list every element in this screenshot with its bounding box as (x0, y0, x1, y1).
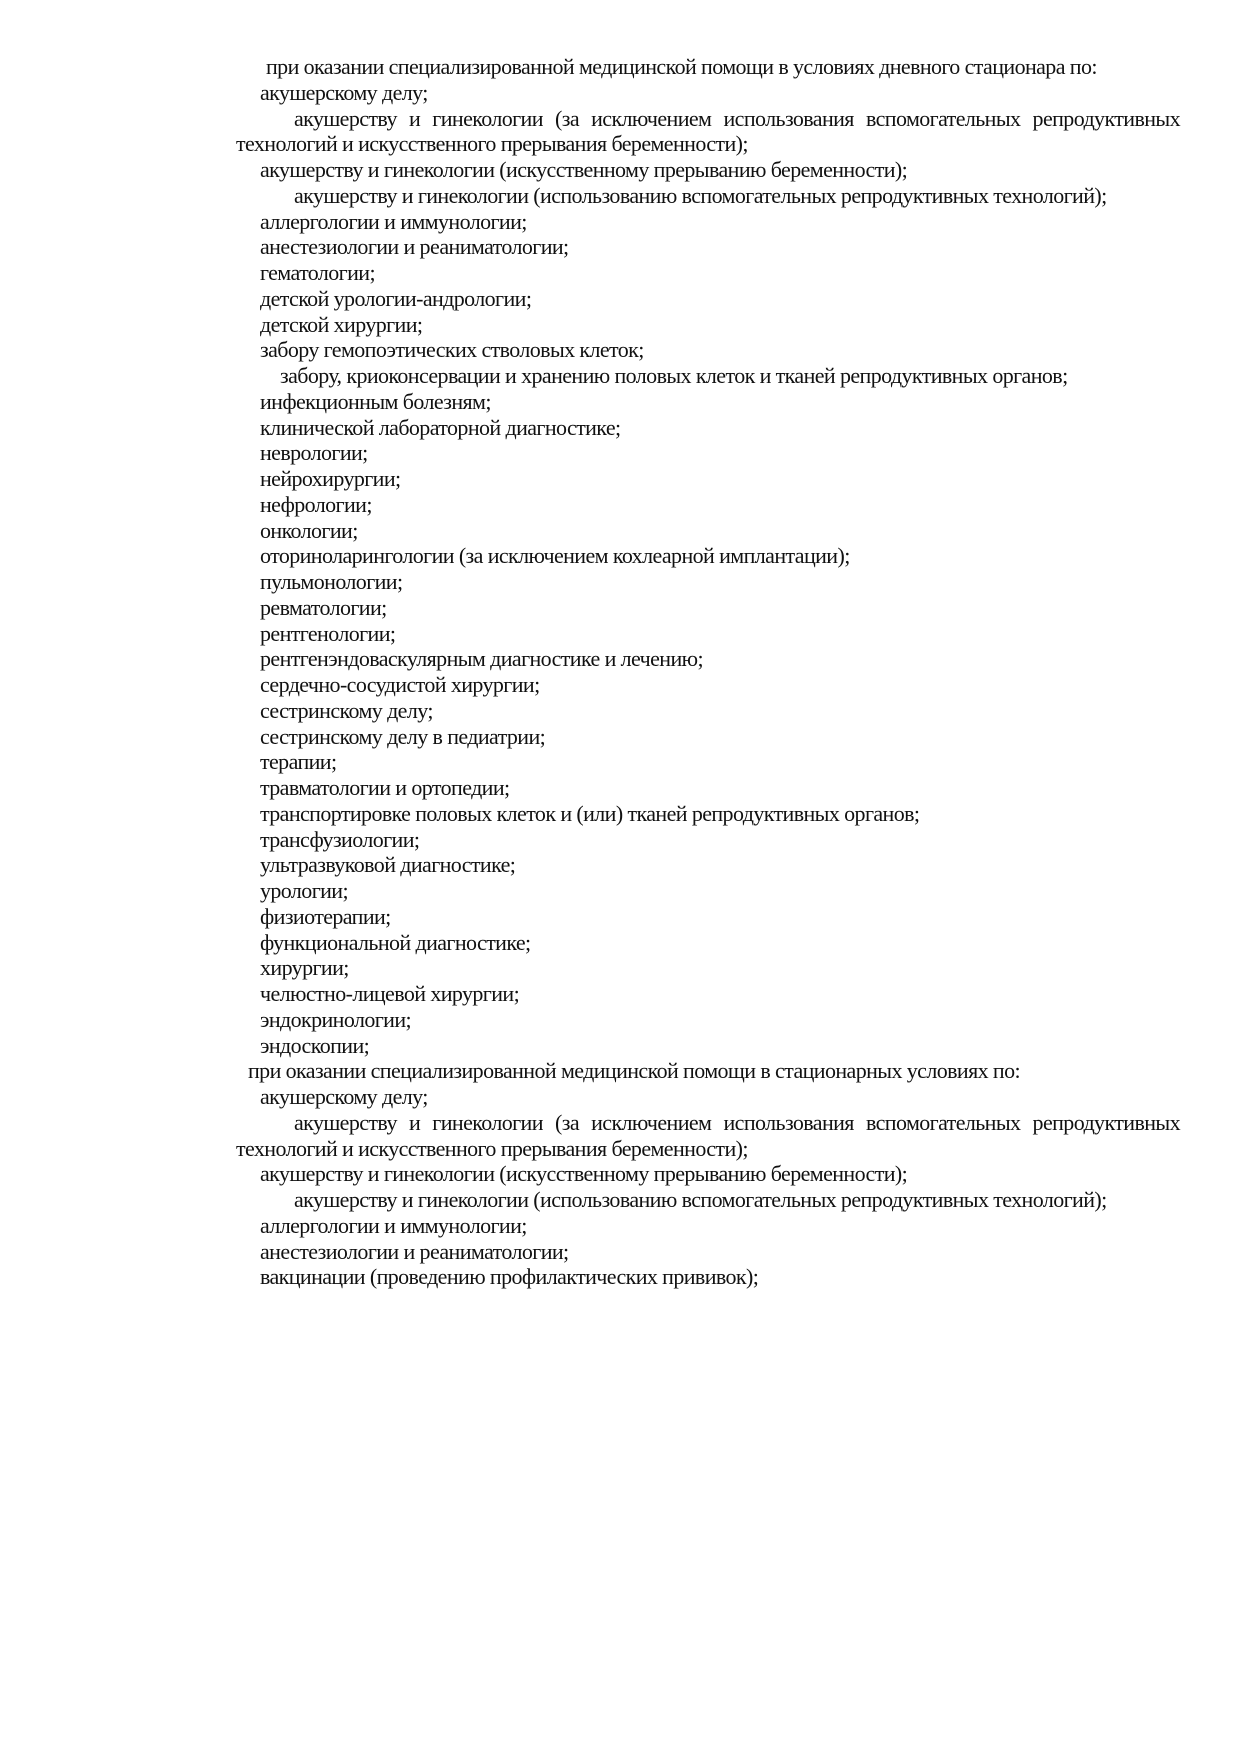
list-item: ультразвуковой диагностике; (236, 852, 1180, 878)
list-item: акушерскому делу; (236, 80, 1180, 106)
list-item: сестринскому делу; (236, 698, 1180, 724)
list-item: сестринскому делу в педиатрии; (236, 724, 1180, 750)
list-item: акушерству и гинекологии (использованию … (236, 183, 1180, 209)
list-item: оториноларингологии (за исключением кохл… (236, 543, 1180, 569)
list-item: клинической лабораторной диагностике; (236, 415, 1180, 441)
list-item: травматологии и ортопедии; (236, 775, 1180, 801)
list-item: ревматологии; (236, 595, 1180, 621)
list-item: челюстно-лицевой хирургии; (236, 981, 1180, 1007)
list-item: терапии; (236, 749, 1180, 775)
list-item: трансфузиологии; (236, 827, 1180, 853)
list-item: акушерству и гинекологии (использованию … (236, 1187, 1180, 1213)
list-item: транспортировке половых клеток и (или) т… (236, 801, 1180, 827)
list-item: акушерству и гинекологии (искусственному… (236, 157, 1180, 183)
list-item: эндоскопии; (236, 1033, 1180, 1059)
list-item: анестезиологии и реаниматологии; (236, 1239, 1180, 1265)
list-item: функциональной диагностике; (236, 930, 1180, 956)
list-item: анестезиологии и реаниматологии; (236, 234, 1180, 260)
list-item: забору, криоконсервации и хранению полов… (236, 363, 1180, 389)
list-item: рентгенэндоваскулярным диагностике и леч… (236, 646, 1180, 672)
list-item: гематологии; (236, 260, 1180, 286)
list-item: эндокринологии; (236, 1007, 1180, 1033)
list-item: акушерству и гинекологии (искусственному… (236, 1161, 1180, 1187)
list-item: детской хирургии; (236, 312, 1180, 338)
list-item: акушерскому делу; (236, 1084, 1180, 1110)
list-item: онкологии; (236, 518, 1180, 544)
section-heading-inpatient: при оказании специализированной медицинс… (236, 1058, 1180, 1084)
section-heading-day-hospital: при оказании специализированной медицинс… (236, 54, 1180, 80)
list-item: акушерству и гинекологии (за исключением… (236, 106, 1180, 158)
list-item: физиотерапии; (236, 904, 1180, 930)
list-item: нейрохирургии; (236, 466, 1180, 492)
list-item: сердечно-сосудистой хирургии; (236, 672, 1180, 698)
list-item: инфекционным болезням; (236, 389, 1180, 415)
list-item: хирургии; (236, 955, 1180, 981)
list-item: вакцинации (проведению профилактических … (236, 1264, 1180, 1290)
list-item: рентгенологии; (236, 621, 1180, 647)
list-item: детской урологии-андрологии; (236, 286, 1180, 312)
list-item: аллергологии и иммунологии; (236, 209, 1180, 235)
list-item: пульмонологии; (236, 569, 1180, 595)
list-item: аллергологии и иммунологии; (236, 1213, 1180, 1239)
list-item: нефрологии; (236, 492, 1180, 518)
list-item: забору гемопоэтических стволовых клеток; (236, 337, 1180, 363)
list-item: акушерству и гинекологии (за исключением… (236, 1110, 1180, 1162)
document-page: при оказании специализированной медицинс… (236, 54, 1180, 1290)
list-item: неврологии; (236, 440, 1180, 466)
list-item: урологии; (236, 878, 1180, 904)
